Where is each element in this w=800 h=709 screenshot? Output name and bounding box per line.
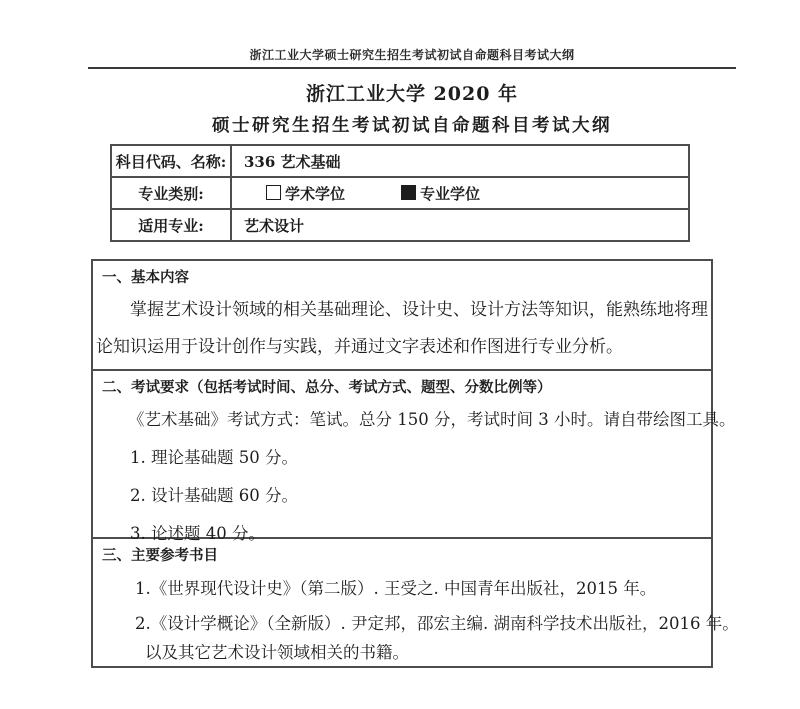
section-heading: 一、基本内容 bbox=[95, 261, 709, 288]
section-reference-books: 三、主要参考书目 1.《世界现代设计史》（第二版）. 王受之. 中国青年出版社，… bbox=[93, 539, 711, 666]
table-row-applicable-major: 适用专业: 艺术设计 bbox=[111, 209, 689, 241]
document-page: 浙江工业大学硕士研究生招生考试初试自命题科目考试大纲 浙江工业大学 2020 年… bbox=[0, 0, 800, 709]
subject-code-value: 336 艺术基础 bbox=[231, 145, 689, 177]
category-label: 专业类别: bbox=[111, 177, 231, 209]
applicable-major-label: 适用专业: bbox=[111, 209, 231, 241]
section-heading: 二、考试要求（包括考试时间、总分、考试方式、题型、分数比例等） bbox=[95, 371, 709, 398]
reference-item: 1.《世界现代设计史》（第二版）. 王受之. 中国青年出版社，2015 年。 bbox=[95, 577, 709, 601]
section-basic-content: 一、基本内容 掌握艺术设计领域的相关基础理论、设计史、设计方法等知识，能熟练地将… bbox=[93, 261, 711, 371]
reference-item-continuation: 以及其它艺术设计领域相关的书籍。 bbox=[95, 641, 709, 665]
section-paragraph: 掌握艺术设计领域的相关基础理论、设计史、设计方法等知识，能熟练地将理论知识运用于… bbox=[95, 292, 709, 366]
exam-item: 2. 设计基础题 60 分。 bbox=[95, 484, 709, 508]
section-exam-requirements: 二、考试要求（包括考试时间、总分、考试方式、题型、分数比例等） 《艺术基础》考试… bbox=[93, 371, 711, 539]
outline-content-box: 一、基本内容 掌握艺术设计领域的相关基础理论、设计史、设计方法等知识，能熟练地将… bbox=[91, 259, 713, 668]
checkbox-checked-icon bbox=[401, 185, 416, 200]
checkbox-unchecked-icon bbox=[266, 185, 281, 200]
professional-degree-option: 专业学位 bbox=[401, 185, 480, 203]
page-title: 浙江工业大学 2020 年 bbox=[88, 79, 736, 106]
category-value: 学术学位专业学位 bbox=[231, 177, 689, 209]
exam-item: 1. 理论基础题 50 分。 bbox=[95, 446, 709, 470]
academic-degree-option: 学术学位 bbox=[266, 185, 345, 203]
page-subtitle: 硕士研究生招生考试初试自命题科目考试大纲 bbox=[88, 112, 736, 137]
professional-degree-label: 专业学位 bbox=[420, 185, 480, 203]
table-row-category: 专业类别: 学术学位专业学位 bbox=[111, 177, 689, 209]
subject-info-table: 科目代码、名称: 336 艺术基础 专业类别: 学术学位专业学位 适用专业: 艺… bbox=[110, 144, 690, 242]
academic-degree-label: 学术学位 bbox=[285, 185, 345, 203]
subject-code-label: 科目代码、名称: bbox=[111, 145, 231, 177]
running-header: 浙江工业大学硕士研究生招生考试初试自命题科目考试大纲 bbox=[88, 46, 736, 63]
table-row-subject-code: 科目代码、名称: 336 艺术基础 bbox=[111, 145, 689, 177]
applicable-major-value: 艺术设计 bbox=[231, 209, 689, 241]
header-rule-divider bbox=[88, 67, 736, 69]
reference-item: 2.《设计学概论》（全新版）. 尹定邦，邵宏主编. 湖南科学技术出版社，2016… bbox=[95, 612, 709, 636]
exam-method-line: 《艺术基础》考试方式：笔试。总分 150 分，考试时间 3 小时。请自带绘图工具… bbox=[95, 408, 709, 432]
